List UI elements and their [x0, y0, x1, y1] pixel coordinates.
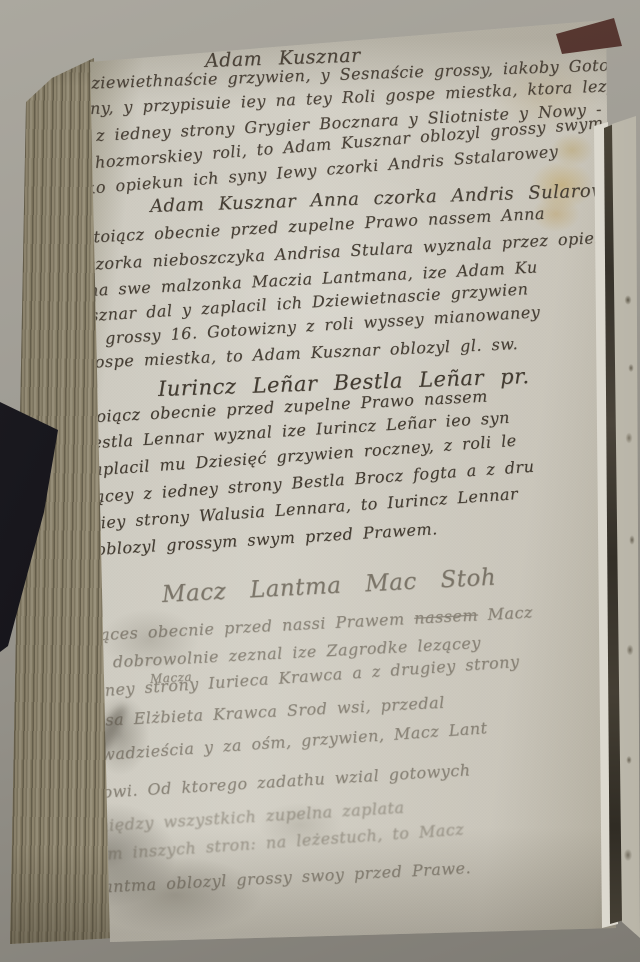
manuscript-line: Lantma oblozyl grossy swoy przed Prawe.: [92, 858, 472, 897]
page-number: 528: [85, 38, 121, 62]
crossed-out-word: nassem: [414, 605, 479, 627]
line-text: Macz: [477, 603, 533, 625]
manuscript-line: manowi. Od ktorego zadathu wzial gotowyc…: [65, 760, 471, 804]
section-4-heading: Macz Lantma Mac Stoh: [161, 565, 496, 608]
manuscript-photo: 528 Adam Kusznar Dziewiethnaście grzywie…: [0, 0, 640, 962]
